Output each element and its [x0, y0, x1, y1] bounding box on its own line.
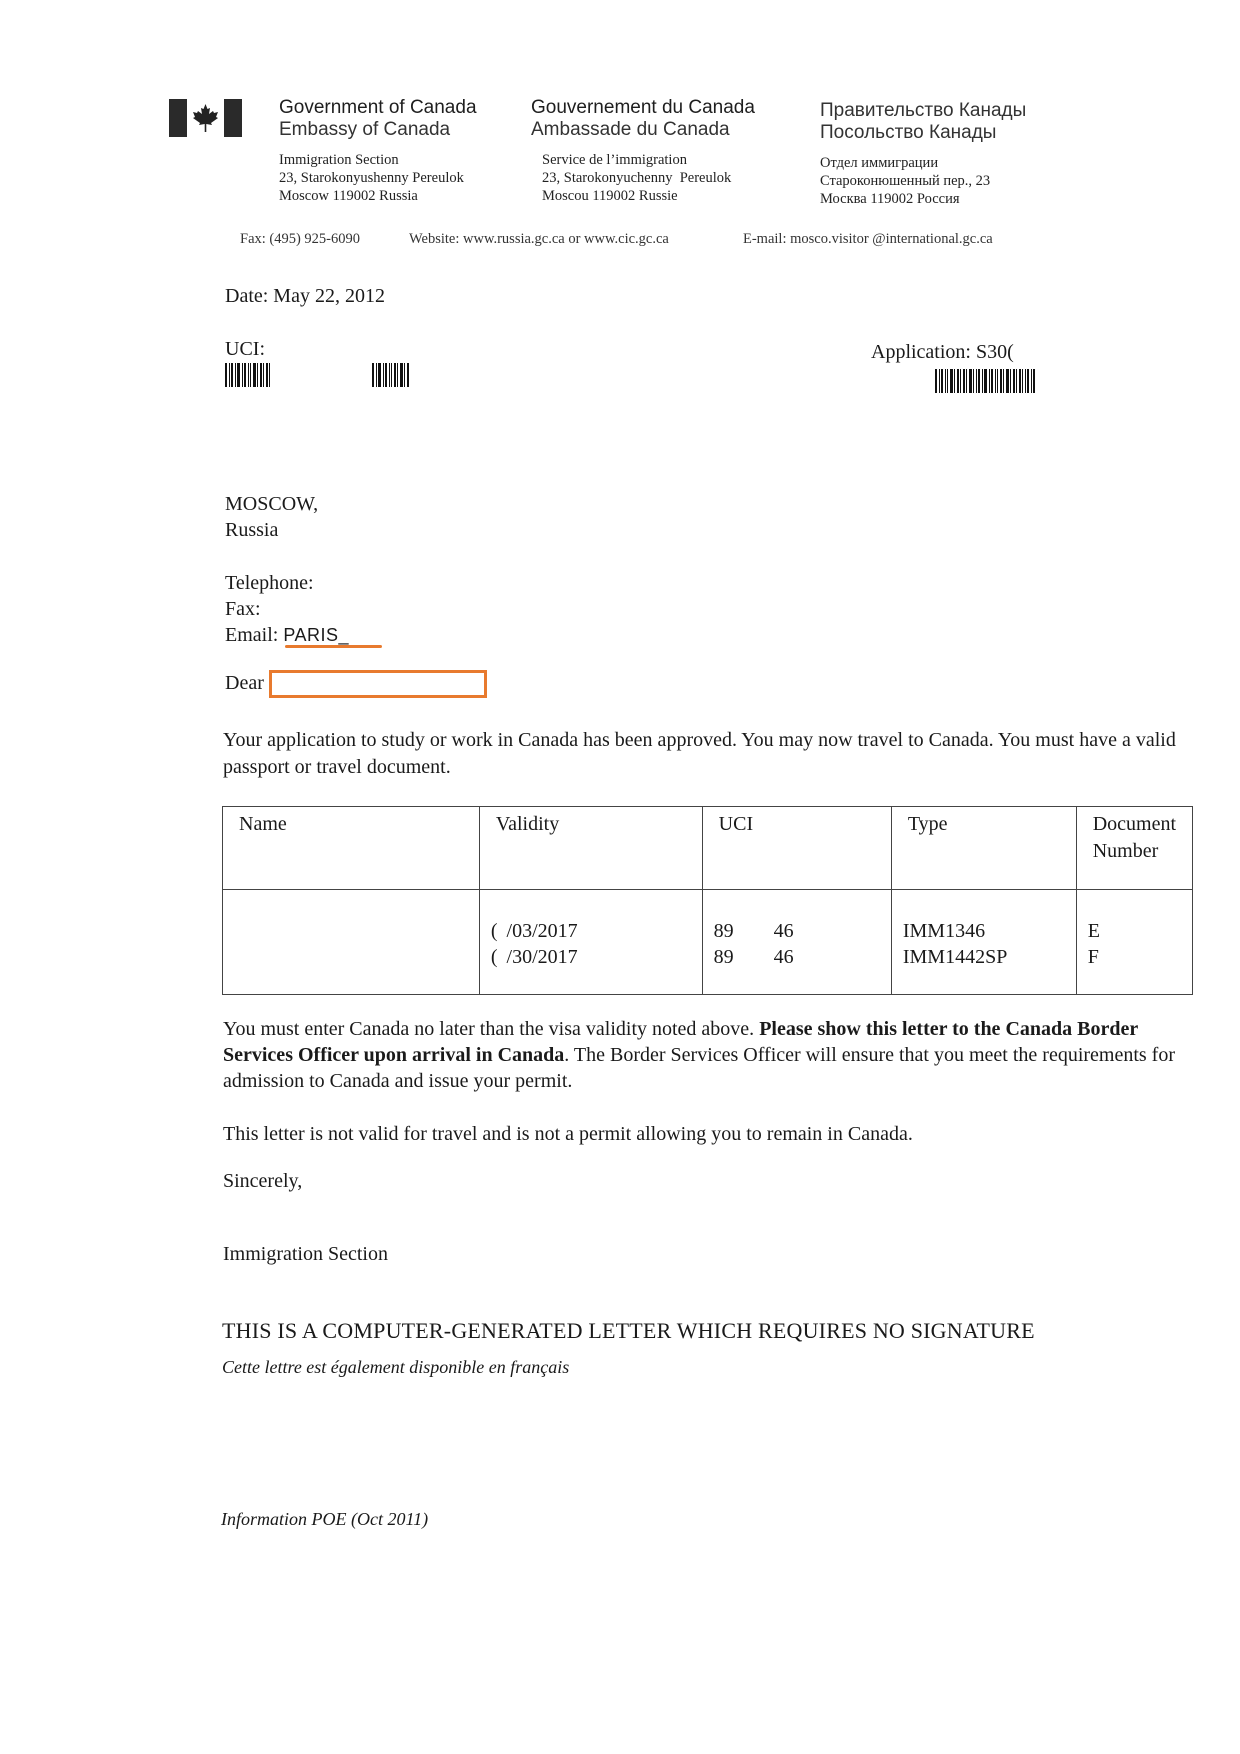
validity-disclaimer: This letter is not valid for travel and … — [223, 1121, 1183, 1148]
address-line: Moscow 119002 Russia — [279, 187, 477, 205]
name-value — [234, 890, 468, 918]
header-name: Name — [223, 807, 480, 890]
table-header-row: Name Validity UCI Type Document Number — [223, 807, 1193, 890]
letterhead-title-en: Government of Canada — [279, 97, 477, 119]
cell-type: IMM1346 IMM1442SP — [891, 890, 1076, 995]
entry-instructions-text: You must enter Canada no later than the … — [223, 1018, 759, 1040]
letterhead-title-fr: Gouvernement du Canada — [531, 97, 755, 119]
uci-barcode-2 — [372, 363, 410, 387]
letterhead-subtitle-ru: Посольство Канады — [820, 122, 1026, 144]
approval-paragraph: Your application to study or work in Can… — [223, 727, 1183, 781]
address-line: Староконюшенный пер., 23 — [820, 172, 1026, 190]
recipient-email-label: Email: — [225, 624, 278, 646]
letterhead-address-ru: Отдел иммиграции Староконюшенный пер., 2… — [820, 154, 1026, 208]
application-label: Application: S30( — [871, 341, 1046, 364]
letterhead-address-fr: Service de l’immigration 23, Starokonyuc… — [531, 151, 755, 205]
cell-validity: ( /03/2017 ( /30/2017 — [479, 890, 702, 995]
address-line: Москва 119002 Россия — [820, 190, 1026, 208]
address-line: Service de l’immigration — [542, 151, 755, 169]
letterhead-subtitle-fr: Ambassade du Canada — [531, 119, 755, 141]
recipient-fax-label: Fax: — [225, 596, 349, 622]
uci-barcode-1 — [225, 363, 272, 387]
salutation: Dear — [225, 672, 264, 695]
recipient-email-value: PARIS_ — [283, 625, 349, 645]
letterhead-address-en: Immigration Section 23, Starokonyushenny… — [279, 151, 477, 205]
address-line: Moscou 119002 Russie — [542, 187, 755, 205]
uci-value: 89 46 89 46 — [714, 890, 880, 970]
address-line: 23, Starokonyuchenny Pereulok — [542, 169, 755, 187]
documents-table: Name Validity UCI Type Document Number (… — [222, 806, 1193, 995]
letterhead-title-ru: Правительство Канады — [820, 100, 1026, 122]
type-value: IMM1346 IMM1442SP — [903, 890, 1065, 970]
letter-date: Date: May 22, 2012 — [225, 285, 385, 308]
letterhead-french: Gouvernement du Canada Ambassade du Cana… — [531, 97, 755, 205]
cell-name — [223, 890, 480, 995]
uci-label: UCI: — [225, 338, 265, 361]
header-validity: Validity — [479, 807, 702, 890]
redaction-underline — [285, 645, 382, 648]
redaction-box — [269, 670, 487, 698]
recipient-address: MOSCOW, Russia — [225, 491, 318, 543]
header-type: Type — [891, 807, 1076, 890]
canada-flag-icon — [169, 99, 242, 137]
application-barcode — [935, 369, 1037, 393]
form-footer: Information POE (Oct 2011) — [221, 1509, 428, 1530]
entry-instructions-paragraph: You must enter Canada no later than the … — [223, 1016, 1183, 1094]
contact-email: E-mail: mosco.visitor @international.gc.… — [743, 231, 993, 248]
cell-uci: 89 46 89 46 — [702, 890, 891, 995]
computer-generated-notice: THIS IS A COMPUTER-GENERATED LETTER WHIC… — [222, 1318, 1035, 1344]
address-line: Immigration Section — [279, 151, 477, 169]
header-uci: UCI — [702, 807, 891, 890]
table-row: ( /03/2017 ( /30/2017 89 46 89 46 IMM134… — [223, 890, 1193, 995]
validity-value: ( /03/2017 ( /30/2017 — [491, 890, 691, 970]
recipient-contact: Telephone: Fax: Email: PARIS_ — [225, 570, 349, 648]
contact-website: Website: www.russia.gc.ca or www.cic.gc.… — [409, 231, 669, 248]
address-line: 23, Starokonyushenny Pereulok — [279, 169, 477, 187]
signoff: Immigration Section — [223, 1243, 388, 1266]
contact-fax: Fax: (495) 925-6090 — [240, 231, 360, 248]
recipient-telephone-label: Telephone: — [225, 570, 349, 596]
document-number-value: E F — [1088, 890, 1181, 970]
cell-document-number: E F — [1076, 890, 1192, 995]
recipient-city: MOSCOW, — [225, 491, 318, 517]
recipient-country: Russia — [225, 517, 318, 543]
closing: Sincerely, — [223, 1170, 302, 1193]
address-line: Отдел иммиграции — [820, 154, 1026, 172]
letterhead-subtitle-en: Embassy of Canada — [279, 119, 477, 141]
letterhead-russian: Правительство Канады Посольство Канады О… — [820, 100, 1026, 208]
french-availability-note: Cette lettre est également disponible en… — [222, 1357, 569, 1378]
letterhead-english: Government of Canada Embassy of Canada I… — [279, 97, 477, 205]
header-document-number: Document Number — [1076, 807, 1192, 890]
